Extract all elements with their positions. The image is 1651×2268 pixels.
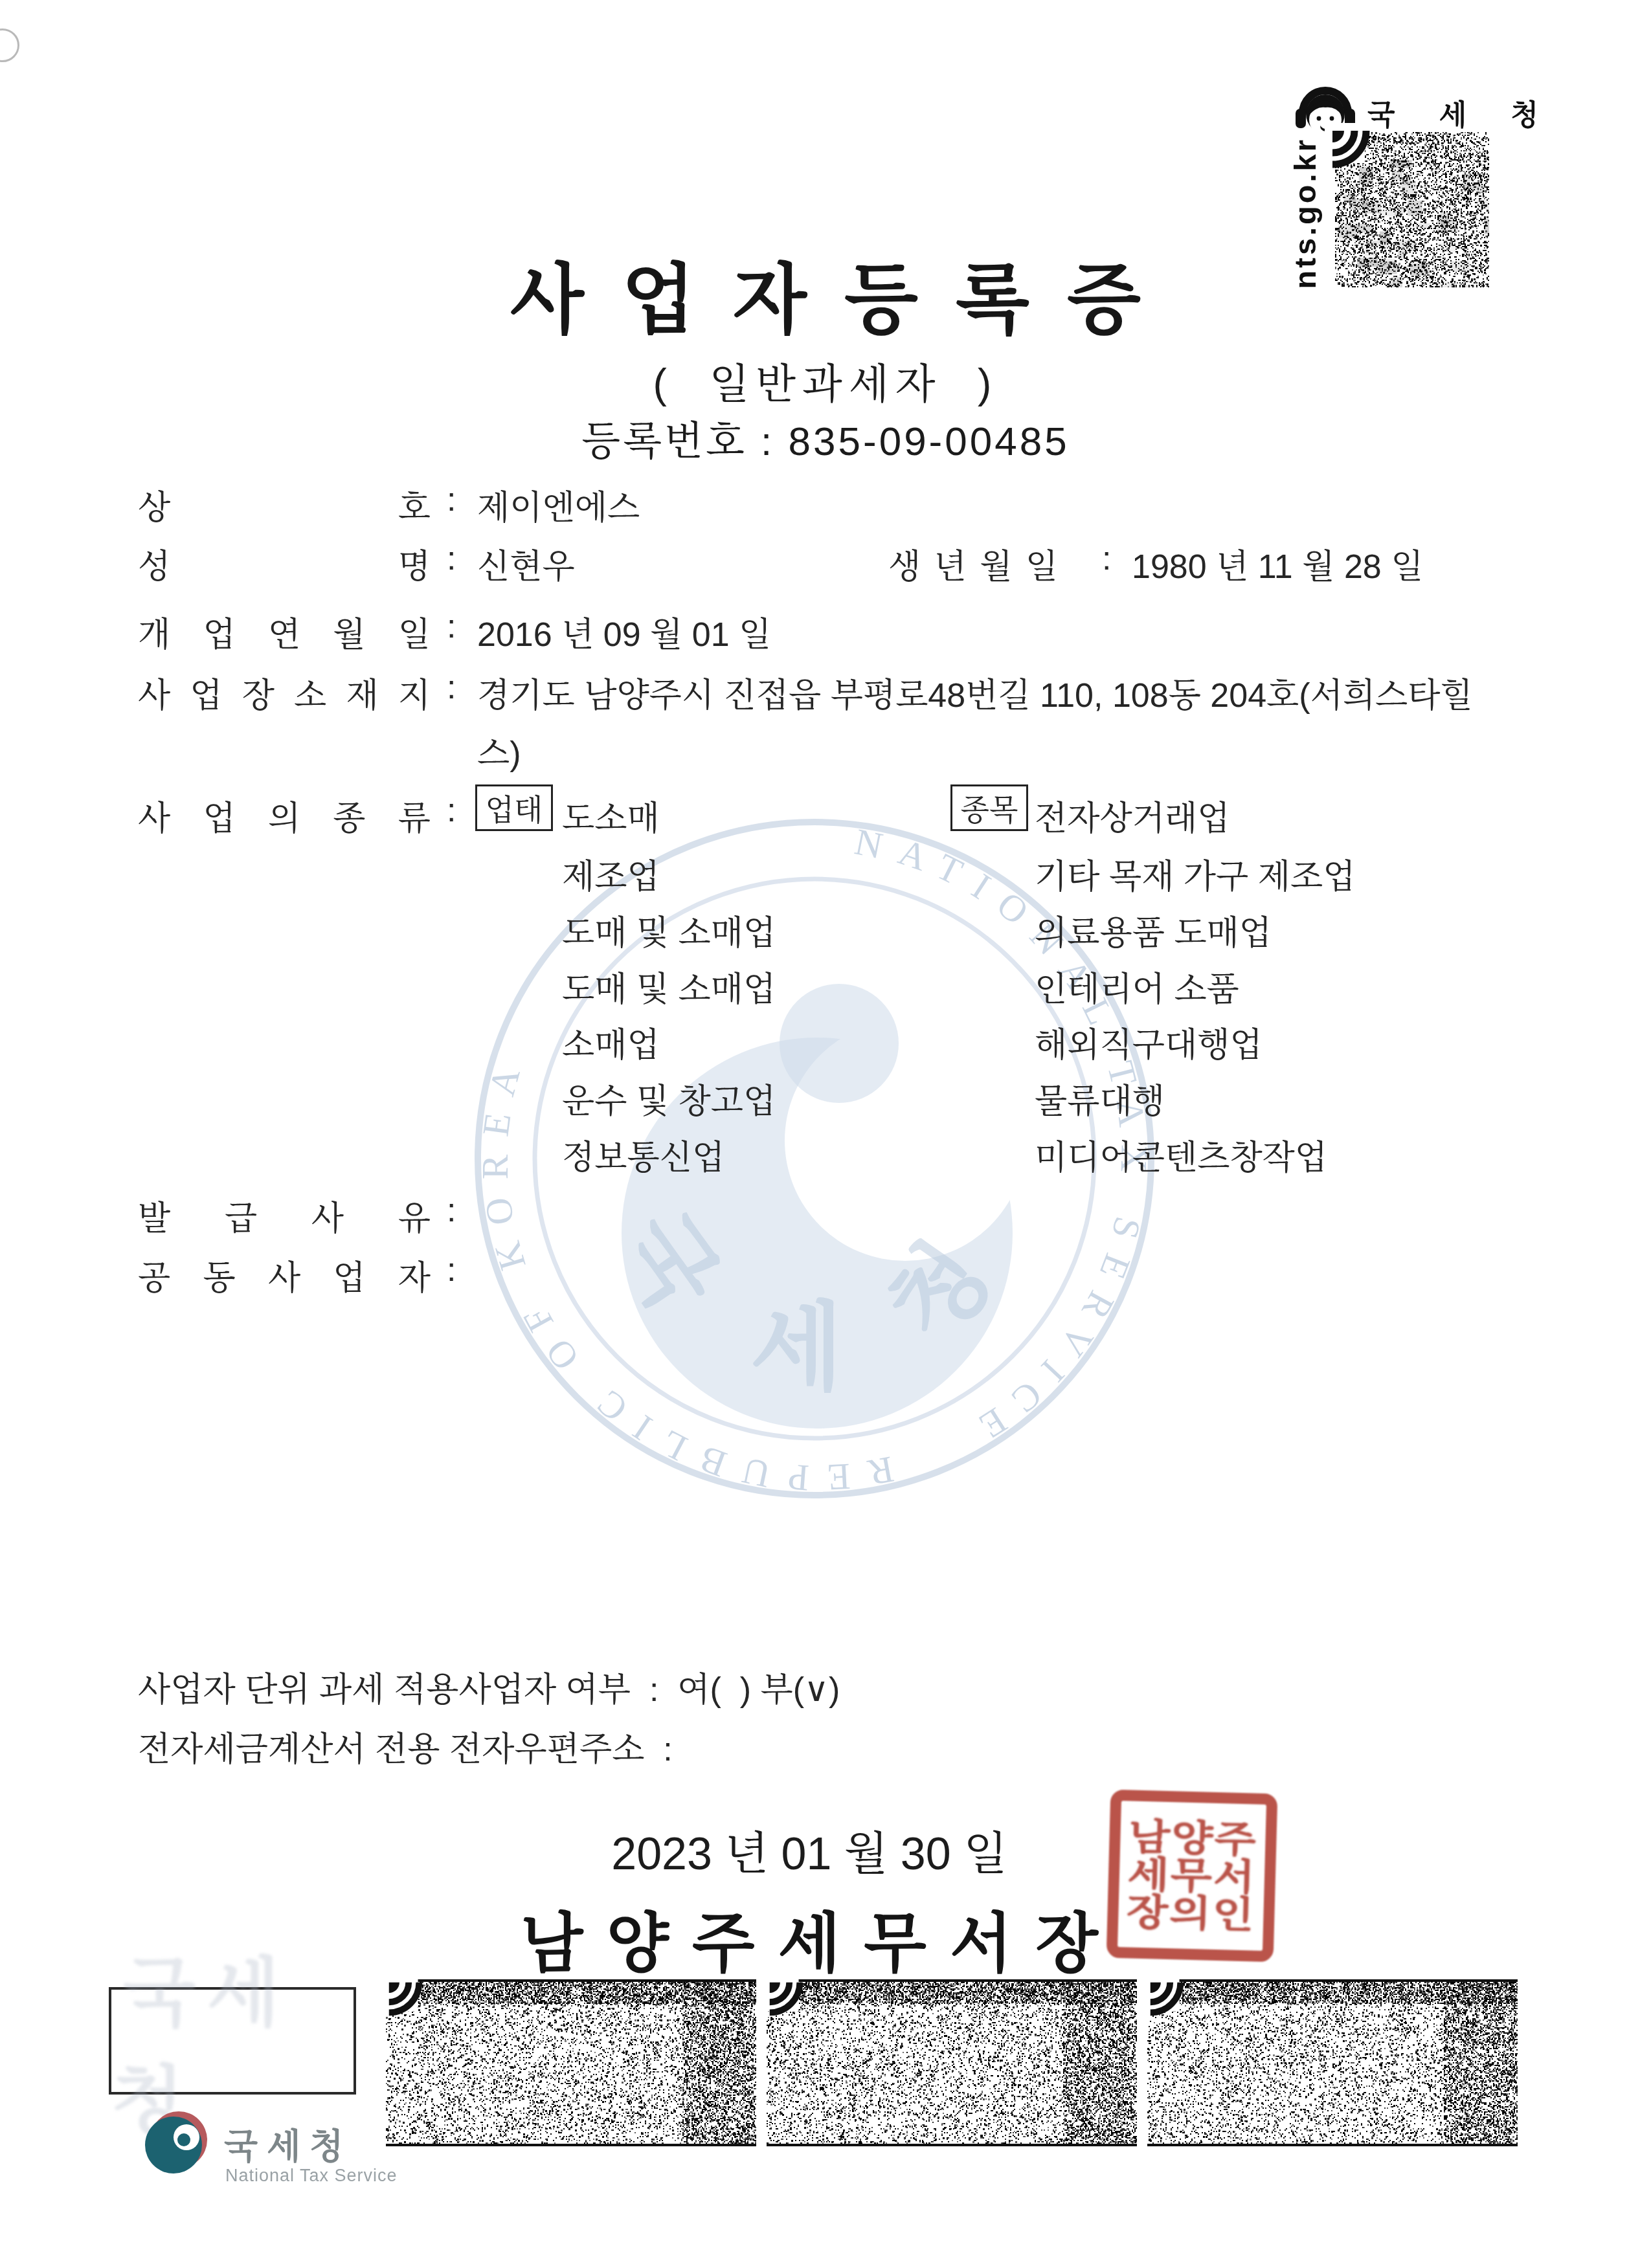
seal-row-3: 장의인 [1126,1893,1255,1933]
official-red-seal: 남양주 세무서 장의인 [1106,1790,1278,1962]
business-item-4-uptae: 소매업 [562,1017,660,1066]
business-item-6-jongmok: 미디어콘텐츠창작업 [1035,1130,1327,1179]
certificate-title: 사업자등록증 [0,238,1651,348]
owner-name-value: 신현우 [477,539,575,588]
registration-number-line: 등록번호 : 835-09-00485 [0,409,1651,467]
signal-arcs-icon-strip-3 [1143,1975,1199,2031]
barcode-strip-2 [767,1979,1137,2146]
birth-date-value: 1980 년 11 월 28 일 [1132,539,1423,588]
business-item-1-uptae: 제조업 [562,849,660,898]
business-item-5-jongmok: 물류대행 [1035,1074,1165,1122]
owner-name-colon: : [447,539,456,578]
address-label: 사업장소재지 [138,668,431,717]
agency-name-header: 국 세 청 [1367,92,1556,133]
business-kind-colon: : [447,791,456,830]
birth-date-colon: : [1102,539,1111,578]
business-item-1-jongmok: 기타 목재 가구 제조업 [1035,849,1355,898]
business-item-2-jongmok: 의료용품 도매업 [1035,906,1272,954]
jongmok-box-label: 종목 [961,786,1018,829]
certificate-page: NATIONAL TAX SERVICE REPUBLIC OF KOREA 국… [0,0,1651,2268]
business-item-2-uptae: 도매 및 소매업 [562,906,776,954]
address-value-line2: 스) [477,726,521,775]
issue-date: 2023 년 01 월 30 일 [469,1818,1149,1883]
uptae-box: 업태 [475,784,553,831]
signal-arcs-icon-strip-1 [382,1975,438,2031]
opening-date-value: 2016 년 09 월 01 일 [477,607,771,656]
business-item-4-jongmok: 해외직구대행업 [1035,1017,1263,1066]
address-value-line1: 경기도 남양주시 진접읍 부평로48번길 110, 108동 204호(서희스타… [477,668,1473,717]
birth-date-label: 생년월일 [888,539,1058,588]
issuing-office-name: 남양주세무서장 [453,1891,1165,1984]
business-item-3-uptae: 도매 및 소매업 [562,962,776,1010]
business-item-6-uptae: 정보통신업 [562,1130,724,1179]
trade-name-label: 상호 [138,480,431,529]
etax-email-line: 전자세금계산서 전용 전자우편주소 : [138,1722,673,1770]
signal-arcs-icon-strip-2 [763,1975,818,2031]
signal-arcs-icon [1325,123,1387,185]
ghost-stamp-box: 국세청 [109,1987,356,2095]
opening-date-label: 개업연월일 [138,607,431,656]
business-item-3-jongmok: 인테리어 소품 [1035,962,1239,1010]
opening-date-colon: : [447,607,456,646]
co-owner-label: 공동사업자 [138,1251,431,1299]
owner-name-label: 성명 [138,539,431,588]
seal-row-2: 세무서 [1127,1856,1257,1895]
barcode-strip-3 [1147,1979,1518,2146]
barcode-strip-1 [386,1979,756,2146]
trade-name-value: 제이엔에스 [477,480,640,529]
address-colon: : [447,668,456,707]
seal-row-1: 남양주 [1129,1818,1258,1858]
issue-reason-colon: : [447,1191,456,1230]
business-item-0-uptae: 도소매 [562,791,660,839]
co-owner-colon: : [447,1251,456,1289]
business-item-0-jongmok: 전자상거래업 [1035,791,1230,839]
nts-logo-english-text: National Tax Service [225,2166,398,2186]
business-item-5-uptae: 운수 및 창고업 [562,1074,776,1122]
trade-name-colon: : [447,480,456,519]
issue-reason-label: 발급사유 [138,1191,431,1240]
nts-logo-emblem [144,2109,211,2176]
uptae-box-label: 업태 [486,786,543,829]
tax-unit-line: 사업자 단위 과세 적용사업자 여부 : 여( ) 부(∨) [138,1662,840,1711]
nts-logo-korean-text: 국세청 [224,2119,353,2169]
taxpayer-type-subtitle: ( 일반과세자 ) [0,351,1651,410]
jongmok-box: 종목 [950,784,1028,831]
business-kind-label: 사업의종류 [138,791,431,839]
